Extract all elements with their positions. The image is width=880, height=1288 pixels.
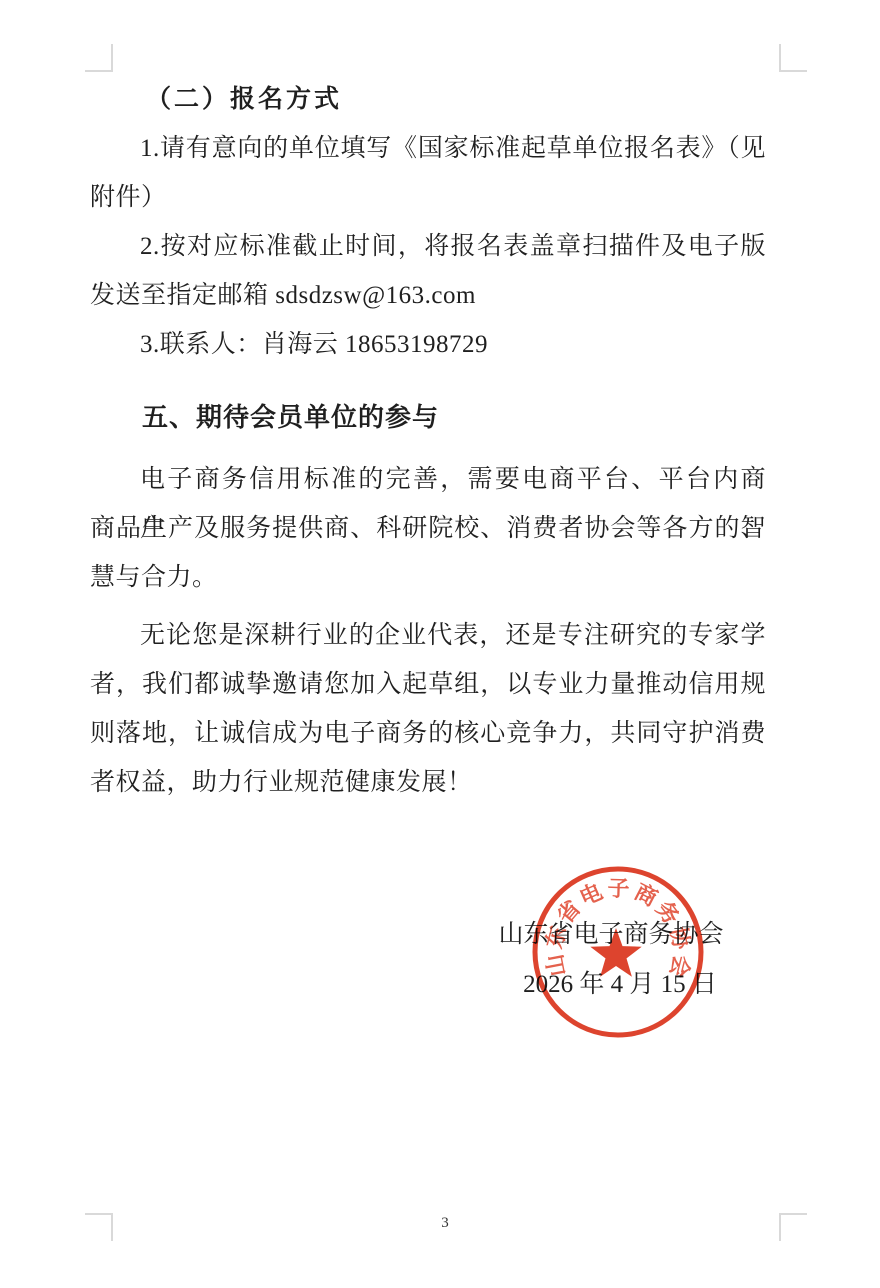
section-heading-registration-method: （二）报名方式 [90,75,766,124]
margin-mark-top-left [85,44,113,72]
body-line: 商品生产及服务提供商、科研院校、消费者协会等各方的智 [90,504,766,553]
body-line: 2.按对应标准截止时间，将报名表盖章扫描件及电子版 [90,222,766,271]
official-seal: 山东省电子商务协会 [530,864,706,1040]
body-line: 1.请有意向的单位填写《国家标准起草单位报名表》（见 [90,124,766,173]
section-heading-participation: 五、期待会员单位的参与 [90,393,766,442]
margin-mark-bottom-right [779,1213,807,1241]
margin-mark-bottom-left [85,1213,113,1241]
document-body: （二）报名方式 1.请有意向的单位填写《国家标准起草单位报名表》（见 附件） 2… [90,75,766,807]
body-line-contact: 3.联系人：肖海云 18653198729 [90,320,766,369]
body-line: 慧与合力。 [90,553,766,602]
body-line-email: 发送至指定邮箱 sdsdzsw@163.com [90,271,766,320]
body-line: 者权益，助力行业规范健康发展！ [90,758,766,807]
body-line: 电子商务信用标准的完善，需要电商平台、平台内商户、 [90,455,766,504]
seal-star-icon [590,928,641,977]
document-page: （二）报名方式 1.请有意向的单位填写《国家标准起草单位报名表》（见 附件） 2… [0,0,880,1288]
margin-mark-top-right [779,44,807,72]
page-number: 3 [441,1214,449,1232]
body-line: 者，我们都诚挚邀请您加入起草组，以专业力量推动信用规 [90,660,766,709]
body-line: 则落地，让诚信成为电子商务的核心竞争力，共同守护消费 [90,709,766,758]
body-line: 附件） [90,173,766,222]
body-line: 无论您是深耕行业的企业代表，还是专注研究的专家学 [90,611,766,660]
